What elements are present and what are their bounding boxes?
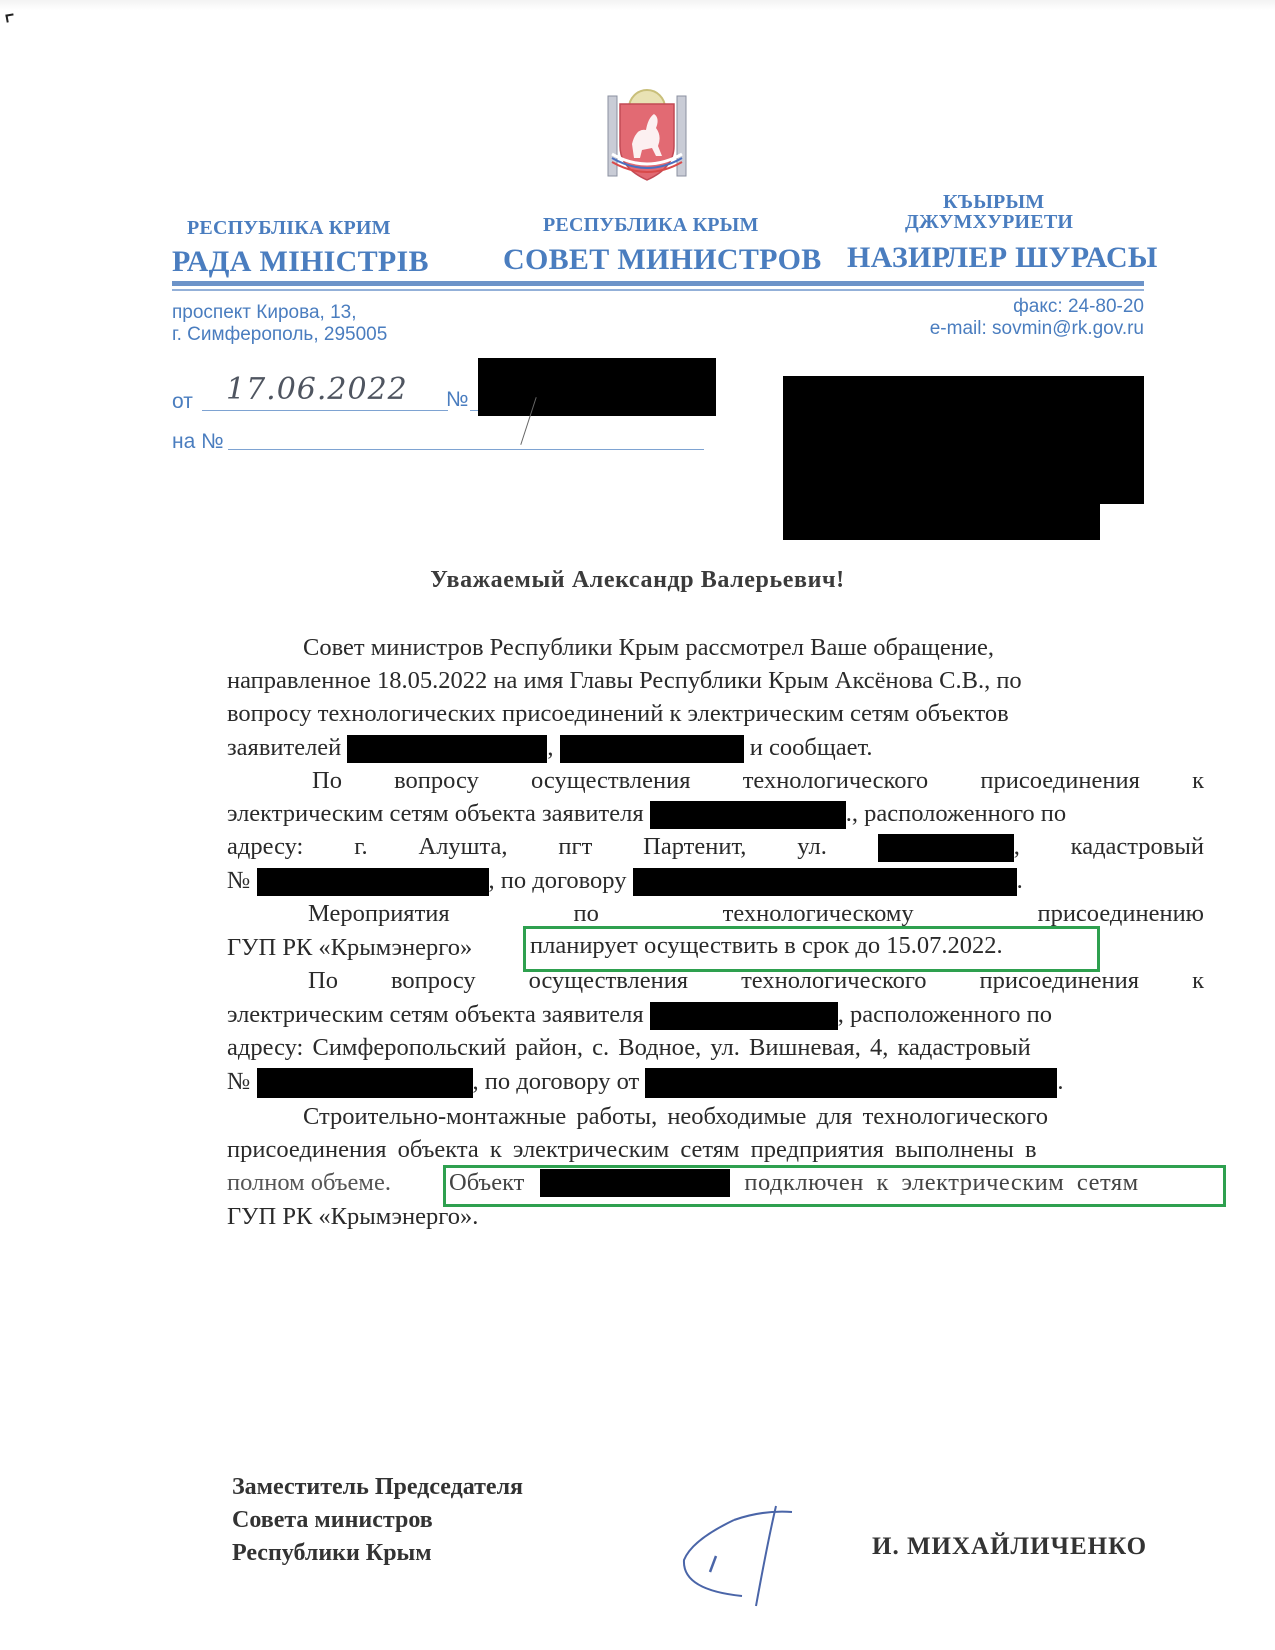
signatory-name: И. МИХАЙЛИЧЕНКО xyxy=(872,1533,1147,1561)
word: технологического xyxy=(743,766,928,796)
body-p2-l3: адресу: г. Алушта, пгт Партенит, ул. , к… xyxy=(227,832,1204,862)
letterhead-rus-council: СОВЕТ МИНИСТРОВ xyxy=(503,243,822,277)
fax: факс: 24-80-20 xyxy=(1013,296,1144,318)
letterhead-rus-republic: РЕСПУБЛИКА КРЫМ xyxy=(543,214,759,237)
handwritten-signature-icon xyxy=(672,1500,812,1610)
word: присоединения xyxy=(980,766,1140,796)
word: вопросу xyxy=(394,766,479,796)
signatory-title-2: Совета министров xyxy=(232,1504,433,1537)
salutation: Уважаемый Александр Валерьевич! xyxy=(0,567,1275,594)
word: ул. xyxy=(797,832,827,862)
email: e-mail: sovmin@rk.gov.ru xyxy=(930,318,1144,340)
body-p5-l1: Строительно-монтажные работы, необходимы… xyxy=(227,1102,1204,1132)
from-date-label: от xyxy=(172,390,193,414)
body-p5-l4: ГУП РК «Крымэнерго». xyxy=(227,1202,1204,1232)
signatory-title-1: Заместитель Председателя xyxy=(232,1471,523,1504)
body-p4-l3: адресу: Симферопольский район, с. Водное… xyxy=(227,1033,1204,1063)
handwritten-date: 17.06.2022 xyxy=(226,372,408,407)
letterhead-rule xyxy=(172,281,1144,286)
redacted-applicant-1 xyxy=(347,735,547,763)
body-p1-l1: Совет министров Республики Крым рассмотр… xyxy=(227,633,1204,663)
body-p2-l4: № , по договору . xyxy=(227,866,1204,896)
word: вопросу xyxy=(391,966,476,996)
word: осуществления xyxy=(529,966,688,996)
text: и сообщает. xyxy=(750,734,873,761)
crimea-emblem-icon xyxy=(602,84,692,184)
letterhead-rule-thin xyxy=(172,289,1144,291)
scan-edge xyxy=(0,0,1275,10)
highlight-connected-text: Объект подключен к электрическим сетям xyxy=(449,1168,1209,1198)
text: Объект xyxy=(449,1168,524,1198)
text: , расположенного по xyxy=(838,1001,1052,1028)
word: по xyxy=(573,899,598,929)
body-p5-l2: присоединения объекта к электрическим се… xyxy=(227,1135,1204,1165)
body-p1-l3: вопросу технологических присоединений к … xyxy=(227,699,1204,729)
word: пгт xyxy=(558,832,592,862)
redacted-object xyxy=(540,1169,730,1197)
word: технологического xyxy=(741,966,926,996)
word: Партенит, xyxy=(643,832,746,862)
word: По xyxy=(308,966,338,996)
body-p1-l4: заявителей , и сообщает. xyxy=(227,733,1204,763)
body-p2-l2: электрическим сетям объекта заявителя .,… xyxy=(227,799,1204,829)
letterhead-ukr-council: РАДА МІНІСТРІВ xyxy=(172,245,429,279)
redacted-applicant-3 xyxy=(650,801,846,829)
number-label: № xyxy=(446,388,469,412)
redacted-contract-2 xyxy=(645,1068,1057,1098)
text: , по договору xyxy=(489,867,627,894)
text: . xyxy=(1017,867,1023,894)
redacted-cadastral-1 xyxy=(257,868,489,896)
word: осуществления xyxy=(531,766,690,796)
word: к xyxy=(1192,966,1204,996)
body-p3-l1: Мероприятия по технологическому присоеди… xyxy=(308,899,1204,929)
letterhead-crh-republic-b: ДЖУМХУРИЕТИ xyxy=(905,211,1073,234)
redacted-contract-1 xyxy=(633,868,1017,896)
redacted-applicant-2 xyxy=(560,735,744,763)
text: ., расположенного по xyxy=(846,800,1066,827)
word: Алушта, xyxy=(419,832,508,862)
from-date-line xyxy=(202,410,448,411)
body-p4-l1: По вопросу осуществления технологическог… xyxy=(308,966,1204,996)
address-line-1: проспект Кирова, 13, xyxy=(172,302,357,324)
word: присоединению xyxy=(1037,899,1204,929)
word: Мероприятия xyxy=(308,899,450,929)
reply-number-line xyxy=(228,449,704,450)
word: технологическому xyxy=(723,899,914,929)
highlight-deadline-text: планирует осуществить в срок до 15.07.20… xyxy=(530,931,1090,961)
redacted-recipient-block xyxy=(783,376,1144,504)
text: . xyxy=(1057,1068,1063,1095)
body-p4-l4: № , по договору от . xyxy=(227,1067,1204,1098)
redacted-applicant-4 xyxy=(650,1002,838,1030)
body-p1-l2: направленное 18.05.2022 на имя Главы Рес… xyxy=(227,666,1204,696)
word: кадастровый xyxy=(1071,832,1204,862)
address-line-2: г. Симферополь, 295005 xyxy=(172,324,387,346)
redacted-recipient-block-tail xyxy=(783,500,1100,540)
redacted-street: , xyxy=(878,832,1020,862)
redacted-cadastral-2 xyxy=(257,1068,473,1098)
letterhead-crh-council: НАЗИРЛЕР ШУРАСЫ xyxy=(847,241,1158,275)
text: заявителей xyxy=(227,734,341,761)
word: к xyxy=(1192,766,1204,796)
word: г. xyxy=(354,832,367,862)
redacted-doc-number xyxy=(478,358,716,416)
text: , xyxy=(547,734,553,761)
text: полном объеме. xyxy=(227,1169,391,1196)
letterhead-ukr-republic: РЕСПУБЛІКА КРИМ xyxy=(187,217,391,240)
word: По xyxy=(312,766,342,796)
text: электрическим сетям объекта заявителя xyxy=(227,1001,644,1028)
text: № xyxy=(227,867,250,894)
text: электрическим сетям объекта заявителя xyxy=(227,800,644,827)
text: ГУП РК «Крымэнерго» xyxy=(227,934,472,961)
text: , по договору от xyxy=(473,1068,640,1095)
scan-corner-mark xyxy=(5,13,14,22)
signatory-title-3: Республики Крым xyxy=(232,1537,432,1570)
body-p4-l2: электрическим сетям объекта заявителя , … xyxy=(227,1000,1204,1030)
text: № xyxy=(227,1068,250,1095)
word: присоединения xyxy=(980,966,1140,996)
word: адресу: xyxy=(227,832,303,862)
body-p2-l1: По вопросу осуществления технологическог… xyxy=(312,766,1204,796)
text: подключен к электрическим сетям xyxy=(744,1168,1138,1198)
reply-number-label: на № xyxy=(172,430,224,454)
